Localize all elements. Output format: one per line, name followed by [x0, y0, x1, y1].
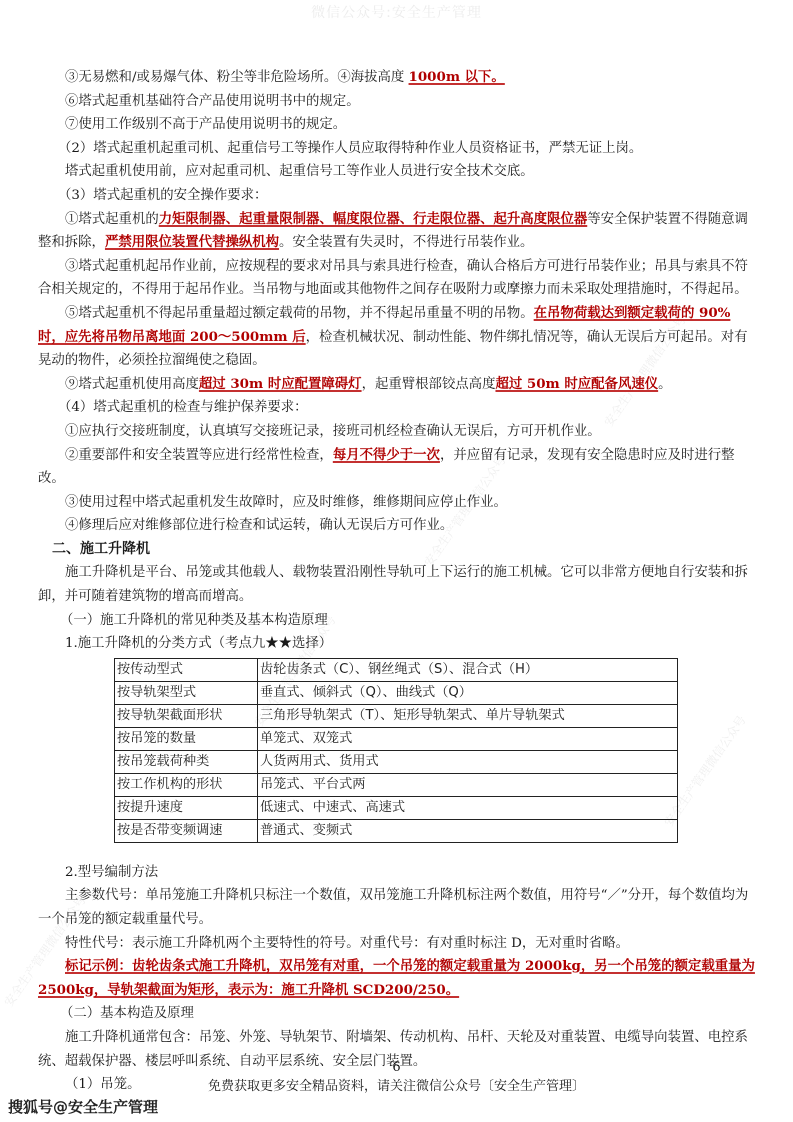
top-watermark: 微信公众号:安全生产管理 [0, 2, 793, 22]
subsection-heading: （二）基本构造及原理 [38, 1002, 756, 1026]
highlighted-text: 超过 50m 时应配备风速仪 [495, 376, 658, 392]
table-row: 按提升速度低速式、中速式、高速式 [115, 796, 678, 819]
subsection-heading: 2.型号编制方法 [38, 861, 756, 885]
table-row: 按吊笼的数量单笼式、双笼式 [115, 727, 678, 750]
text: 。安全装置有失灵时，不得进行吊装作业。 [279, 235, 533, 250]
table-cell-value: 单笼式、双笼式 [258, 727, 678, 750]
table-cell-key: 按工作机构的形状 [115, 773, 258, 796]
paragraph: ⑤塔式起重机不得起吊重量超过额定载荷的吊物，并不得起吊重量不明的吊物。在吊物荷载… [38, 302, 756, 373]
table-row: 按导轨架型式垂直式、倾斜式（Q）、曲线式（Q） [115, 681, 678, 704]
table-cell-value: 普通式、变频式 [258, 819, 678, 842]
sohu-watermark: 搜狐号@安全生产管理 [8, 1096, 158, 1117]
table-cell-value: 吊笼式、平台式两 [258, 773, 678, 796]
table-cell-value: 垂直式、倾斜式（Q）、曲线式（Q） [258, 681, 678, 704]
subsection-heading: （4）塔式起重机的检查与维护保养要求： [38, 396, 756, 420]
table-row: 按是否带变频调速普通式、变频式 [115, 819, 678, 842]
table-row: 按传动型式齿轮齿条式（C）、钢丝绳式（S）、混合式（H） [115, 658, 678, 681]
highlighted-text: 每月不得少于一次 [333, 447, 440, 463]
paragraph: 主参数代号：单吊笼施工升降机只标注一个数值，双吊笼施工升降机标注两个数值，用符号… [38, 884, 756, 931]
table-row: 按导轨架截面形状三角形导轨架式（T）、矩形导轨架式、单片导轨架式 [115, 704, 678, 727]
text: 。 [658, 377, 671, 392]
highlighted-text: 超过 30m 时应配置障碍灯 [199, 376, 362, 392]
text: ，起重臂根部铰点高度 [362, 377, 496, 392]
table-cell-value: 三角形导轨架式（T）、矩形导轨架式、单片导轨架式 [258, 704, 678, 727]
text: ①塔式起重机的 [65, 212, 159, 227]
text: ②重要部件和安全装置等应进行经常性检查， [65, 448, 333, 463]
table-cell-value: 低速式、中速式、高速式 [258, 796, 678, 819]
paragraph: ①应执行交接班制度，认真填写交接班记录，接班司机经检查确认无误后，方可开机作业。 [38, 420, 756, 444]
paragraph: ③无易燃和/或易爆气体、粉尘等非危险场所。④海拔高度 1000m 以下。 [38, 66, 756, 90]
table-row: 按吊笼载荷种类人货两用式、货用式 [115, 750, 678, 773]
section-heading: 二、施工升降机 [38, 538, 756, 562]
highlighted-text: 1000m 以下。 [409, 69, 505, 85]
paragraph: ③塔式起重机起吊作业前，应按规程的要求对吊具与索具进行检查，确认合格后方可进行吊… [38, 255, 756, 302]
paragraph: ⑦使用工作级别不高于产品使用说明书的规定。 [38, 113, 756, 137]
paragraph: ②重要部件和安全装置等应进行经常性检查，每月不得少于一次，并应留有记录，发现有安… [38, 444, 756, 491]
table-cell-key: 按吊笼载荷种类 [115, 750, 258, 773]
paragraph: ④修理后应对维修部位进行检查和试运转，确认无误后方可作业。 [38, 514, 756, 538]
paragraph: ⑨塔式起重机使用高度超过 30m 时应配置障碍灯，起重臂根部铰点高度超过 50m… [38, 373, 756, 397]
highlighted-text: 标记示例：齿轮齿条式施工升降机，双吊笼有对重，一个吊笼的额定载重量为 2000k… [38, 958, 755, 998]
table-cell-key: 按导轨架截面形状 [115, 704, 258, 727]
paragraph: （2）塔式起重机起重司机、起重信号工等操作人员应取得特种作业人员资格证书，严禁无… [38, 137, 756, 161]
paragraph: 特性代号：表示施工升降机两个主要特性的符号。对重代号：有对重时标注 D，无对重时… [38, 932, 756, 956]
paragraph: 塔式起重机使用前，应对起重司机、起重信号工等作业人员进行安全技术交底。 [38, 160, 756, 184]
page-number: 6 [0, 1060, 793, 1075]
table-cell-value: 齿轮齿条式（C）、钢丝绳式（S）、混合式（H） [258, 658, 678, 681]
table-cell-key: 按提升速度 [115, 796, 258, 819]
subsection-heading: （一）施工升降机的常见种类及基本构造原理 [38, 609, 756, 633]
table-cell-key: 按传动型式 [115, 658, 258, 681]
paragraph: ⑥塔式起重机基础符合产品使用说明书中的规定。 [38, 90, 756, 114]
subsection-heading: 1.施工升降机的分类方式（考点九★★选择） [38, 632, 756, 656]
spacer [38, 843, 756, 861]
table-cell-key: 按导轨架型式 [115, 681, 258, 704]
table-cell-value: 人货两用式、货用式 [258, 750, 678, 773]
table-cell-key: 按吊笼的数量 [115, 727, 258, 750]
paragraph: 施工升降机是平台、吊笼或其他载人、载物装置沿刚性导轨可上下运行的施工机械。它可以… [38, 561, 756, 608]
table-row: 按工作机构的形状吊笼式、平台式两 [115, 773, 678, 796]
subsection-heading: （3）塔式起重机的安全操作要求： [38, 184, 756, 208]
text: ⑤塔式起重机不得起吊重量超过额定载荷的吊物，并不得起吊重量不明的吊物。 [65, 306, 534, 321]
text: ⑨塔式起重机使用高度 [65, 377, 199, 392]
table-cell-key: 按是否带变频调速 [115, 819, 258, 842]
highlighted-text: 力矩限制器、起重量限制器、幅度限位器、行走限位器、起升高度限位器 [159, 211, 588, 227]
paragraph: 标记示例：齿轮齿条式施工升降机，双吊笼有对重，一个吊笼的额定载重量为 2000k… [38, 955, 756, 1002]
text: ③无易燃和/或易爆气体、粉尘等非危险场所。④海拔高度 [65, 70, 409, 85]
paragraph: ①塔式起重机的力矩限制器、起重量限制器、幅度限位器、行走限位器、起升高度限位器等… [38, 208, 756, 255]
classification-table: 按传动型式齿轮齿条式（C）、钢丝绳式（S）、混合式（H） 按导轨架型式垂直式、倾… [114, 658, 678, 843]
highlighted-text: 严禁用限位装置代替操纵机构 [105, 234, 279, 250]
page-footer: 免费获取更多安全精品资料，请关注微信公众号〔安全生产管理〕 [0, 1075, 793, 1094]
paragraph: ③使用过程中塔式起重机发生故障时，应及时维修，维修期间应停止作业。 [38, 491, 756, 515]
document-page: ③无易燃和/或易爆气体、粉尘等非危险场所。④海拔高度 1000m 以下。 ⑥塔式… [38, 66, 756, 1097]
